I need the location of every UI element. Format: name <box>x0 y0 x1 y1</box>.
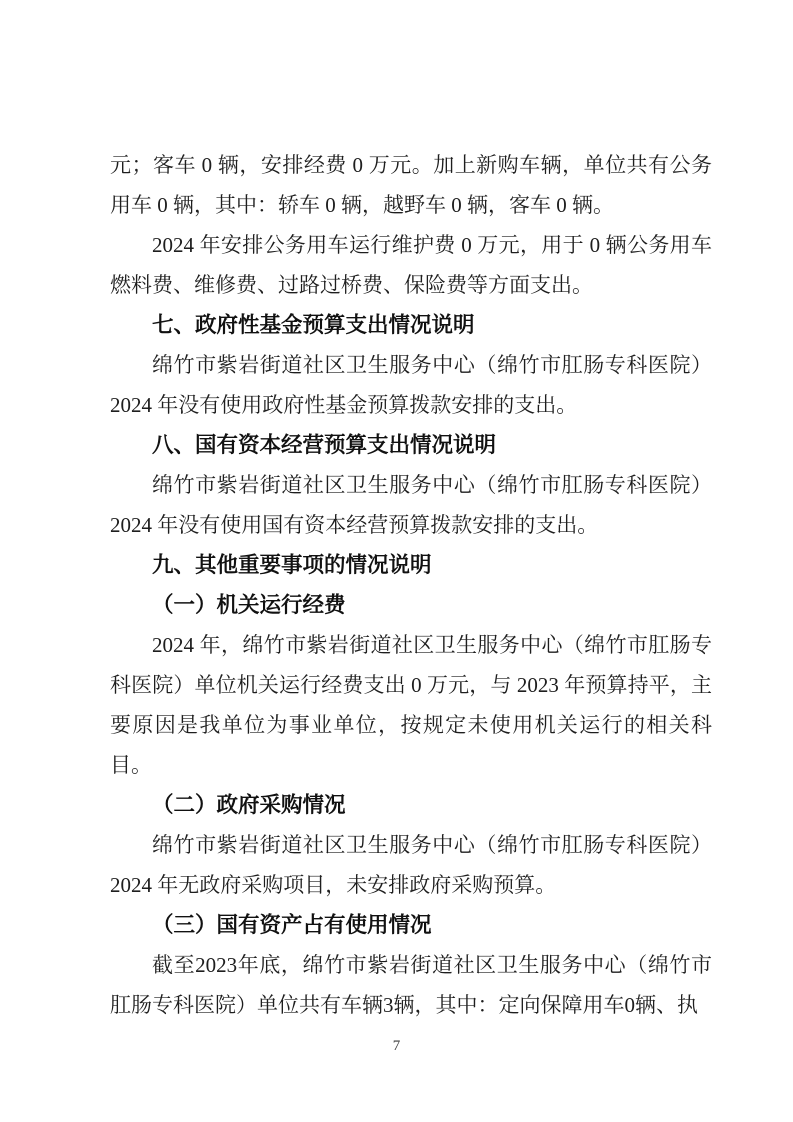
body-paragraph: 截至2023年底，绵竹市紫岩街道社区卫生服务中心（绵竹市肛肠专科医院）单位共有车… <box>110 945 712 1025</box>
body-paragraph: 绵竹市紫岩街道社区卫生服务中心（绵竹市肛肠专科医院）2024 年没有使用国有资本… <box>110 465 712 545</box>
page-body: 元；客车 0 辆，安排经费 0 万元。加上新购车辆，单位共有公务用车 0 辆，其… <box>110 145 712 1025</box>
section-heading: 八、国有资本经营预算支出情况说明 <box>110 425 712 465</box>
body-paragraph: 元；客车 0 辆，安排经费 0 万元。加上新购车辆，单位共有公务用车 0 辆，其… <box>110 145 712 225</box>
subsection-heading: （二）政府采购情况 <box>110 785 712 825</box>
body-paragraph: 2024 年安排公务用车运行维护费 0 万元，用于 0 辆公务用车燃料费、维修费… <box>110 225 712 305</box>
body-paragraph: 绵竹市紫岩街道社区卫生服务中心（绵竹市肛肠专科医院）2024 年无政府采购项目，… <box>110 825 712 905</box>
body-paragraph: 2024 年，绵竹市紫岩街道社区卫生服务中心（绵竹市肛肠专科医院）单位机关运行经… <box>110 625 712 785</box>
section-heading: 九、其他重要事项的情况说明 <box>110 545 712 585</box>
document-page: 元；客车 0 辆，安排经费 0 万元。加上新购车辆，单位共有公务用车 0 辆，其… <box>0 0 793 1122</box>
subsection-heading: （一）机关运行经费 <box>110 585 712 625</box>
section-heading: 七、政府性基金预算支出情况说明 <box>110 305 712 345</box>
subsection-heading: （三）国有资产占有使用情况 <box>110 905 712 945</box>
page-number: 7 <box>0 1036 793 1056</box>
body-paragraph: 绵竹市紫岩街道社区卫生服务中心（绵竹市肛肠专科医院）2024 年没有使用政府性基… <box>110 345 712 425</box>
